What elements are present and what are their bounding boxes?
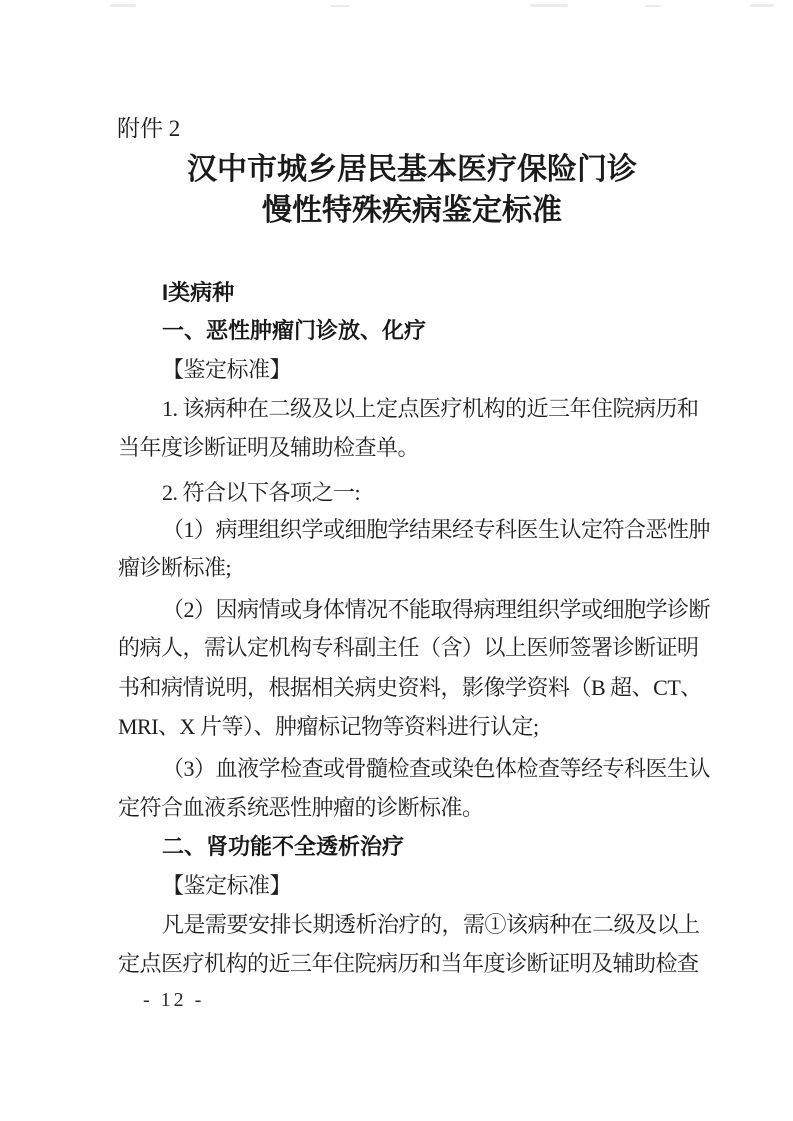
document-title-line-2: 慢性特殊疾病鉴定标准 [118,185,706,229]
text-line: 2. 符合以下各项之一: [162,476,360,507]
scan-artifact [110,4,136,7]
text-line: 当年度诊断证明及辅助检查单。 [118,431,419,462]
scan-artifact [750,4,774,7]
text-line: MRI、X 片等）、肿瘤标记物等资料进行认定; [118,710,539,741]
text-line: （2）因病情或身体情况不能取得病理组织学或细胞学诊断 [162,593,710,624]
text-line: 定点医疗机构的近三年住院病历和当年度诊断证明及辅助检查 [118,947,699,978]
document-page: 附件 2 汉中市城乡居民基本医疗保险门诊 慢性特殊疾病鉴定标准 I类病种 一、恶… [0,0,793,1121]
page-number: - 12 - [143,989,204,1012]
document-title-line-1: 汉中市城乡居民基本医疗保险门诊 [118,144,706,188]
scan-artifact [645,5,661,7]
text-line: 瘤诊断标准; [118,551,231,582]
text-line: 1. 该病种在二级及以上定点医疗机构的近三年住院病历和 [162,392,699,423]
category-heading: I类病种 [162,276,234,307]
scan-artifact [330,5,350,7]
text-line: 凡是需要安排长期透析治疗的，需①该病种在二级及以上 [162,908,700,939]
text-line: 定符合血液系统恶性肿瘤的诊断标准。 [118,791,484,822]
section-2-heading: 二、肾功能不全透析治疗 [162,830,404,861]
scan-artifact [530,4,568,7]
attachment-label: 附件 2 [117,110,180,143]
text-line: （1）病理组织学或细胞学结果经专科医生认定符合恶性肿 [162,513,710,544]
text-line: （3）血液学检查或骨髓检查或染色体检查等经专科医生认 [162,752,710,783]
criteria-label: 【鉴定标准】 [162,353,291,384]
text-line: 书和病情说明，根据相关病史资料，影像学资料（B 超、CT、 [118,671,702,702]
text-line: 的病人，需认定机构专科副主任（含）以上医师签署诊断证明 [118,631,699,662]
section-1-heading: 一、恶性肿瘤门诊放、化疗 [162,314,426,345]
criteria-label: 【鉴定标准】 [162,869,291,900]
